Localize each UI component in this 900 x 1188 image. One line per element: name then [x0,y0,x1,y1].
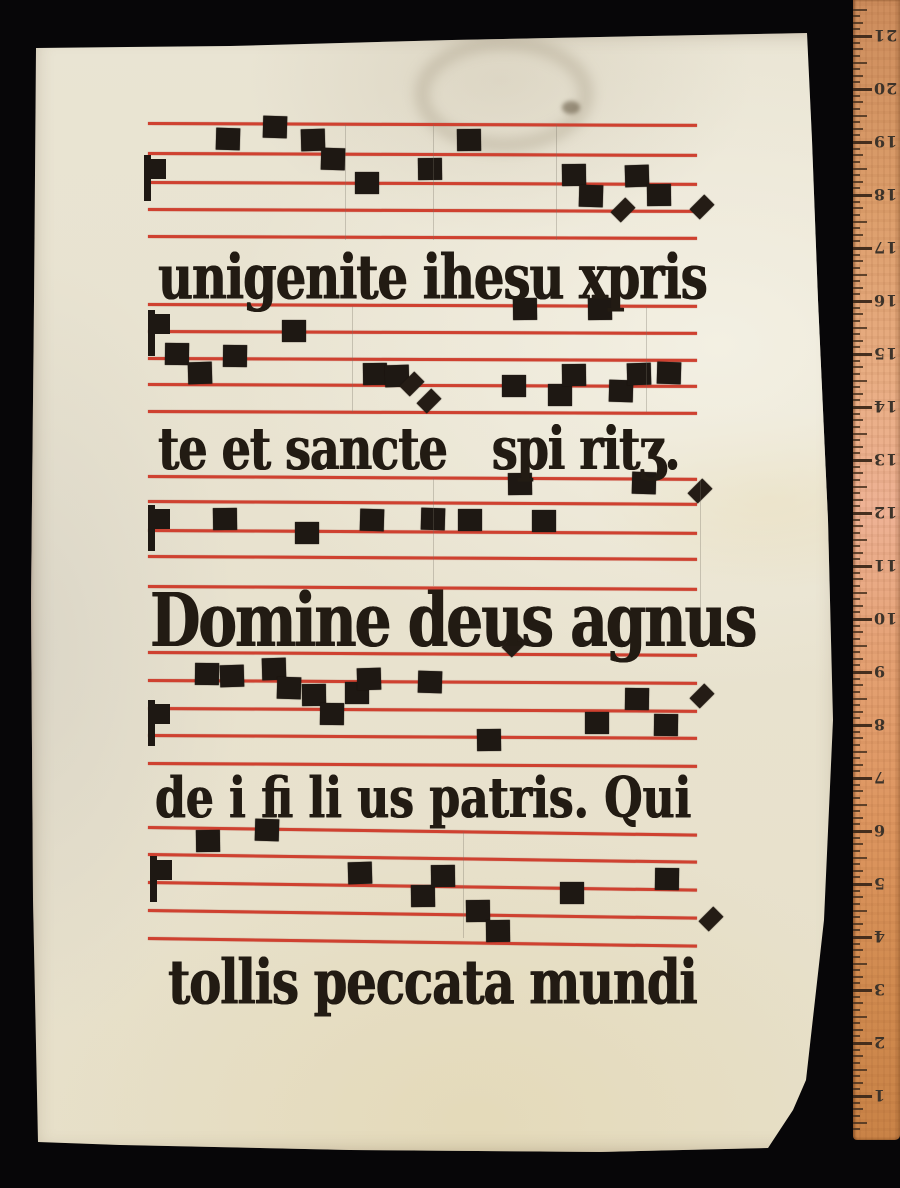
ruler-tick-fraction [853,274,867,276]
ruler-tick-fraction [853,254,860,256]
ruler-number-2: 2 [873,1033,885,1052]
staff-line [148,181,697,186]
ruler-tick-inch [853,724,872,727]
ruler-tick-fraction [853,95,860,97]
ruling-guide [345,124,346,240]
ruler-tick-fraction [853,876,860,878]
chant-text-line-4: de i fi li us patris. Qui [155,766,691,831]
ruler-tick-fraction [853,790,863,792]
ruler-number-14: 14 [873,397,897,416]
ruler-tick-inch [853,141,872,144]
ruler-number-7: 7 [873,768,885,787]
neume-punctum [418,158,442,180]
ruler-number-5: 5 [873,874,885,893]
ruler-tick-fraction [853,121,860,123]
ruler-tick-fraction [853,492,860,494]
ruler-tick-fraction [853,433,867,435]
ruler-tick-fraction [853,658,863,660]
ruler-tick-inch [853,1095,872,1098]
ruler-tick-fraction [853,770,860,772]
ruler-tick-fraction [853,949,863,951]
ruler-tick-fraction [853,446,863,448]
ruling-guide [463,832,464,938]
ruler-tick-fraction [853,115,867,117]
ruler-tick-fraction [853,943,860,945]
neume-rhombus [690,684,715,709]
ruler-tick-fraction [853,704,860,706]
ruler-tick-inch [853,777,872,780]
neume-punctum [223,345,247,367]
ruling-guide [352,306,353,412]
neume-punctum [579,185,604,208]
ruler-tick-fraction [853,320,860,322]
ruler-tick-inch [853,989,872,992]
ruler-tick-fraction [853,532,860,534]
ruler-tick-fraction [853,28,860,30]
ruler-tick-fraction [853,227,860,229]
ruler-tick-fraction [853,62,867,64]
ruler-tick-fraction [853,982,860,984]
chant-text-line-5: tollis peccata mundi [168,947,697,1019]
ruler-number-10: 10 [873,609,897,628]
neume-punctum [320,703,344,725]
staff-line [148,853,697,864]
ruler-tick-fraction [853,592,867,594]
ruler-tick-fraction [853,234,863,236]
neume-punctum [532,510,556,532]
neume-punctum [360,509,385,532]
ruler-tick-fraction [853,168,867,170]
neume-punctum [486,920,510,942]
ruler-number-21: 21 [873,26,897,45]
chant-text-line-3: Domine deus agnus [150,577,755,664]
neume-punctum [458,509,482,531]
ruler-tick-fraction [853,128,863,130]
neume-punctum [562,164,586,186]
ruler-number-8: 8 [873,715,885,734]
ruling-guide [433,478,434,586]
staff-start-clef-square [154,509,170,529]
ruler-tick-fraction [853,691,860,693]
ruler-tick-fraction [853,55,860,57]
ruler-tick-fraction [853,1062,860,1064]
neume-punctum [431,865,455,887]
ruler-tick-fraction [853,817,863,819]
neume-punctum [355,172,379,194]
ruler-number-15: 15 [873,344,897,363]
ruler-number-3: 3 [873,980,885,999]
ruler-tick-fraction [853,519,860,521]
ruler-tick-fraction [853,313,863,315]
ruler-tick-inch [853,300,872,303]
staff-line [148,500,697,506]
staff-line [148,734,697,740]
ruler-tick-fraction [853,9,867,11]
ruler-tick-fraction [853,333,860,335]
ruler-tick-fraction [853,963,867,965]
ruler-tick-fraction [853,598,860,600]
ruler-tick-fraction [853,558,860,560]
ruler-tick-fraction [853,1049,860,1051]
ruler-tick-fraction [853,751,867,753]
ruler-tick-fraction [853,108,860,110]
ruler-tick-fraction [853,717,860,719]
neume-punctum [647,184,671,206]
ruler-tick-fraction [853,472,863,474]
ruler-tick-fraction [853,843,863,845]
wooden-ruler: 123456789101112131415161718192021 [853,0,900,1140]
ruler-tick-fraction [853,81,860,83]
ruler-tick-fraction [853,1022,860,1024]
ruler-tick-fraction [853,293,860,295]
ruler-tick-fraction [853,611,860,613]
ruler-tick-fraction [853,68,860,70]
neume-punctum [188,362,213,385]
ruler-tick-fraction [853,664,860,666]
ruler-tick-fraction [853,890,860,892]
ruler-number-4: 4 [873,927,885,946]
ruler-tick-fraction [853,764,863,766]
ruler-tick-fraction [853,585,860,587]
ruler-tick-inch [853,883,872,886]
ruler-tick-fraction [853,737,863,739]
ruler-tick-fraction [853,823,860,825]
ruler-tick-fraction [853,1075,860,1077]
ruler-tick-fraction [853,154,863,156]
ruler-tick-inch [853,406,872,409]
ruler-tick-fraction [853,1002,863,1004]
ruler-tick-fraction [853,863,860,865]
ruler-tick-inch [853,1042,872,1045]
neume-punctum [654,714,678,736]
neume-punctum [263,116,288,139]
ruler-tick-fraction [853,929,860,931]
neume-punctum [562,364,586,386]
neume-punctum [657,362,682,385]
ruler-tick-inch [853,247,872,250]
chant-text-line-1: unigenite ihesu xpris [158,242,707,314]
neume-punctum [357,668,382,691]
staff-start-clef-square [154,314,170,334]
ruler-tick-fraction [853,996,860,998]
ruler-tick-fraction [853,625,860,627]
ruler-number-17: 17 [873,238,897,257]
ruler-tick-fraction [853,545,860,547]
ruler-tick-fraction [853,380,867,382]
ruler-tick-fraction [853,578,863,580]
ruler-tick-fraction [853,605,863,607]
ruler-tick-fraction [853,174,860,176]
staff-start-clef-square [150,159,166,179]
ruling-guide [700,480,701,640]
ruler-tick-fraction [853,711,863,713]
ruler-tick-fraction [853,161,860,163]
ruler-tick-inch [853,194,872,197]
ruler-number-12: 12 [873,503,897,522]
ruler-tick-inch [853,565,872,568]
neume-punctum [466,900,490,922]
neume-punctum [348,862,373,885]
ruler-number-18: 18 [873,185,897,204]
ruler-tick-fraction [853,1108,863,1110]
neume-punctum [277,677,302,700]
neume-punctum [195,663,219,685]
ruler-tick-fraction [853,850,860,852]
ruler-tick-fraction [853,1128,860,1130]
neume-punctum [411,885,435,907]
ruler-tick-inch [853,671,872,674]
ruler-tick-fraction [853,784,860,786]
ruler-tick-fraction [853,479,860,481]
neume-punctum [548,384,572,406]
ruler-tick-fraction [853,645,867,647]
staff-line [148,909,697,920]
ruler-tick-fraction [853,976,863,978]
ruler-tick-fraction [853,287,863,289]
ruler-tick-fraction [853,207,863,209]
ruler-tick-inch [853,830,872,833]
ruler-tick-fraction [853,366,863,368]
neume-punctum [627,363,652,386]
ruler-tick-fraction [853,486,867,488]
neume-punctum [196,830,220,852]
ruler-number-19: 19 [873,132,897,151]
neume-rhombus [417,389,442,414]
neume-punctum [295,522,319,544]
ruler-tick-inch [853,353,872,356]
ruler-tick-fraction [853,631,863,633]
ruler-tick-fraction [853,240,860,242]
ruler-tick-fraction [853,187,860,189]
ruler-tick-fraction [853,327,867,329]
neume-punctum [321,148,346,171]
ruler-tick-fraction [853,1029,863,1031]
ruler-tick-fraction [853,181,863,183]
ruler-tick-inch [853,618,872,621]
ruler-tick-fraction [853,552,863,554]
ruler-tick-fraction [853,1009,860,1011]
neume-rhombus [611,198,636,223]
staff-line [148,152,697,157]
staff-line [148,122,697,127]
ruler-number-1: 1 [873,1086,885,1105]
manuscript-leaf: unigenite ihesu xpriste et sancte spi ri… [30,30,840,1155]
ruler-tick-inch [853,35,872,38]
ruler-tick-fraction [853,280,860,282]
ruler-tick-fraction [853,134,860,136]
ruler-tick-fraction [853,148,860,150]
ruler-tick-inch [853,936,872,939]
neume-rhombus [690,195,715,220]
ruler-tick-fraction [853,413,860,415]
ruler-tick-fraction [853,360,860,362]
ruler-tick-fraction [853,307,860,309]
ruler-tick-fraction [853,1122,867,1124]
neume-rhombus [699,907,724,932]
neume-punctum [363,363,387,385]
ruler-tick-fraction [853,1082,863,1084]
ruler-tick-fraction [853,956,860,958]
ruler-number-9: 9 [873,662,885,681]
ruler-tick-fraction [853,221,867,223]
photo-background: unigenite ihesu xpriste et sancte spi ri… [0,0,900,1188]
neume-punctum [655,868,679,890]
ruler-tick-fraction [853,525,863,527]
ruler-tick-fraction [853,426,860,428]
ruler-tick-fraction [853,916,860,918]
neume-punctum [282,320,306,342]
neume-punctum [220,665,245,688]
ruler-tick-fraction [853,896,863,898]
ruler-tick-fraction [853,857,867,859]
ruler-tick-fraction [853,539,867,541]
ruler-tick-fraction [853,346,860,348]
ruling-guide [433,124,434,240]
ruler-tick-fraction [853,804,867,806]
ruler-number-11: 11 [873,556,897,575]
neume-punctum [457,129,481,151]
ruler-tick-inch [853,512,872,515]
ruler-tick-fraction [853,452,860,454]
ruler-tick-fraction [853,1115,860,1117]
ruler-number-20: 20 [873,79,897,98]
ruling-guide [646,306,647,412]
ruler-tick-fraction [853,1088,860,1090]
neume-punctum [502,375,526,397]
ruler-number-6: 6 [873,821,885,840]
ruler-tick-fraction [853,22,863,24]
ruler-tick-fraction [853,731,860,733]
ruler-tick-fraction [853,386,860,388]
ruler-tick-fraction [853,837,860,839]
ruler-number-16: 16 [873,291,897,310]
ruler-tick-fraction [853,499,863,501]
ruler-tick-fraction [853,744,860,746]
ruler-tick-fraction [853,810,860,812]
ruler-tick-fraction [853,340,863,342]
water-stain-ring [415,36,593,152]
ruler-tick-fraction [853,466,860,468]
ruler-tick-fraction [853,42,860,44]
ruler-tick-inch [853,88,872,91]
staff-start-clef-square [156,860,172,880]
ruler-tick-fraction [853,393,863,395]
ruler-tick-fraction [853,870,863,872]
ruler-tick-fraction [853,1069,867,1071]
ruler-tick-fraction [853,572,860,574]
chant-text-line-2: te et sancte spi ritʒ. [158,414,679,483]
ruler-tick-fraction [853,201,860,203]
staff-line [148,555,697,561]
ruler-tick-fraction [853,797,860,799]
ruler-tick-fraction [853,698,867,700]
neume-punctum [625,165,650,188]
neume-punctum [165,343,189,365]
ruler-tick-inch [853,459,872,462]
ruler-tick-fraction [853,910,867,912]
neume-punctum [625,688,649,710]
ruler-tick-fraction [853,260,863,262]
ruler-tick-fraction [853,1055,863,1057]
ruler-tick-fraction [853,439,860,441]
staff-line [148,235,697,240]
ruler-tick-fraction [853,48,863,50]
ruler-tick-fraction [853,757,860,759]
ruler-tick-fraction [853,678,860,680]
staff-start-clef-square [154,704,170,724]
ruler-tick-fraction [853,684,863,686]
ruler-tick-fraction [853,1035,860,1037]
ink-spot [562,101,580,114]
neume-punctum [216,128,241,151]
ruler-tick-fraction [853,75,863,77]
ruler-tick-fraction [853,903,860,905]
ruler-tick-fraction [853,505,860,507]
ruler-tick-fraction [853,1016,867,1018]
ruler-tick-fraction [853,373,860,375]
neume-punctum [585,712,609,734]
ruler-tick-fraction [853,267,860,269]
ruler-tick-fraction [853,214,860,216]
ruler-tick-fraction [853,15,860,17]
ruler-tick-fraction [853,651,860,653]
ruler-tick-fraction [853,399,860,401]
ruler-tick-fraction [853,419,863,421]
ruler-tick-fraction [853,969,860,971]
staff-line [148,707,697,713]
staff-line [148,330,697,335]
ruler-number-13: 13 [873,450,897,469]
ruler-tick-fraction [853,1102,860,1104]
neume-punctum [560,882,584,904]
neume-punctum [418,671,443,694]
neume-punctum [213,508,237,530]
ruler-tick-fraction [853,923,863,925]
ruling-guide [556,124,557,240]
ruler-tick-fraction [853,101,863,103]
neume-punctum [477,729,501,751]
ruler-tick-fraction [853,638,860,640]
